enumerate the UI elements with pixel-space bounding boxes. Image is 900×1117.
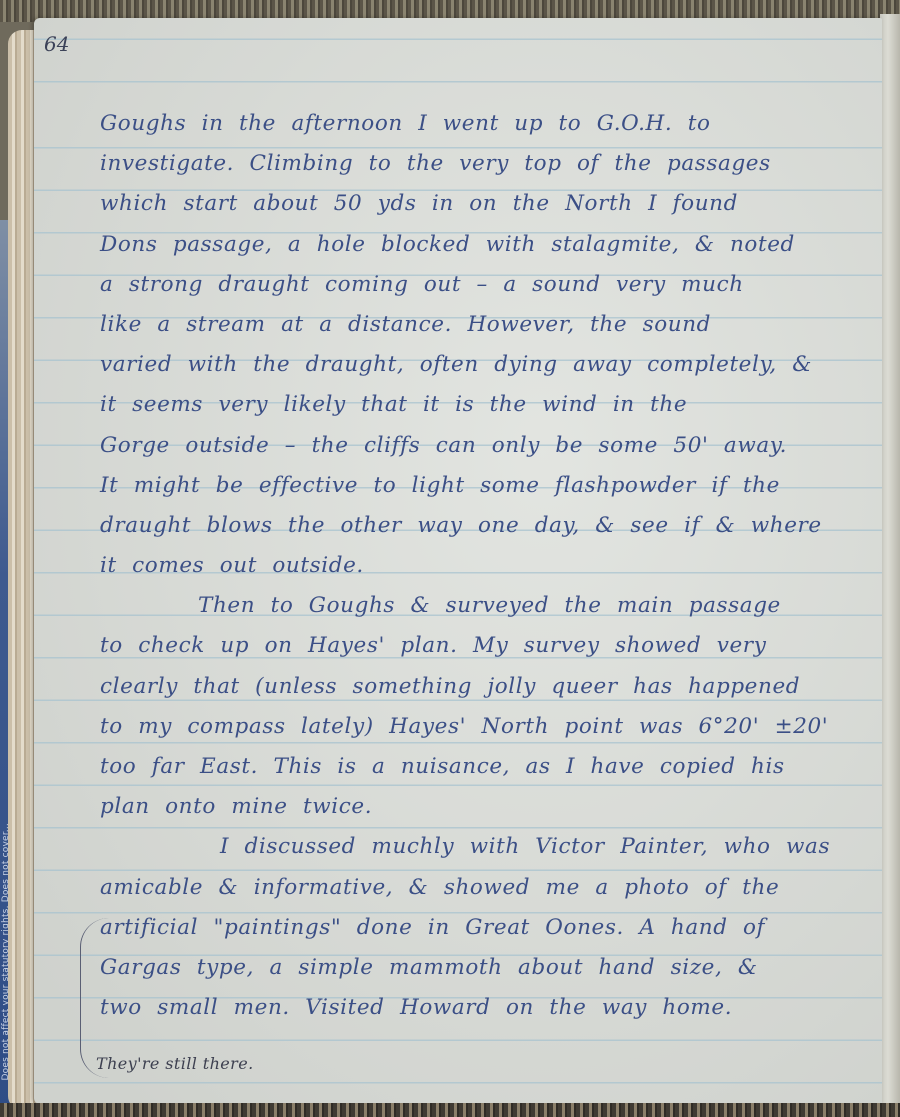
text-line: two small men. Visited Howard on the way… xyxy=(100,988,875,1028)
text-line: clearly that (unless something jolly que… xyxy=(100,667,875,707)
page-number: 64 xyxy=(44,32,69,56)
text-line: I discussed muchly with Victor Painter, … xyxy=(100,827,875,867)
text-line: it comes out outside. xyxy=(100,546,875,586)
text-line: Gorge outside – the cliffs can only be s… xyxy=(100,426,875,466)
text-line: plan onto mine twice. xyxy=(100,787,875,827)
text-line: like a stream at a distance. However, th… xyxy=(100,305,875,345)
text-line: Goughs in the afternoon I went up to G.O… xyxy=(100,104,875,144)
text-line: too far East. This is a nuisance, as I h… xyxy=(100,747,875,787)
text-line: to my compass lately) Hayes' North point… xyxy=(100,707,875,747)
text-line: artificial "paintings" done in Great Oon… xyxy=(100,908,875,948)
text-line: draught blows the other way one day, & s… xyxy=(100,506,875,546)
text-line: amicable & informative, & showed me a ph… xyxy=(100,868,875,908)
text-line: to check up on Hayes' plan. My survey sh… xyxy=(100,626,875,666)
text-line: it seems very likely that it is the wind… xyxy=(100,385,875,425)
page-edges-right xyxy=(880,14,900,1109)
margin-note: They're still there. xyxy=(96,1054,254,1073)
text-line: Then to Goughs & surveyed the main passa… xyxy=(100,586,875,626)
notebook-page: 64 Goughs in the afternoon I went up to … xyxy=(34,18,882,1104)
text-line: varied with the draught, often dying awa… xyxy=(100,345,875,385)
text-line: investigate. Climbing to the very top of… xyxy=(100,144,875,184)
background-fabric-bottom xyxy=(0,1103,900,1117)
text-line: Dons passage, a hole blocked with stalag… xyxy=(100,225,875,265)
handwritten-text: Goughs in the afternoon I went up to G.O… xyxy=(100,104,875,1028)
text-line: It might be effective to light some flas… xyxy=(100,466,875,506)
text-line: Gargas type, a simple mammoth about hand… xyxy=(100,948,875,988)
text-line: which start about 50 yds in on the North… xyxy=(100,184,875,224)
text-line: a strong draught coming out – a sound ve… xyxy=(100,265,875,305)
